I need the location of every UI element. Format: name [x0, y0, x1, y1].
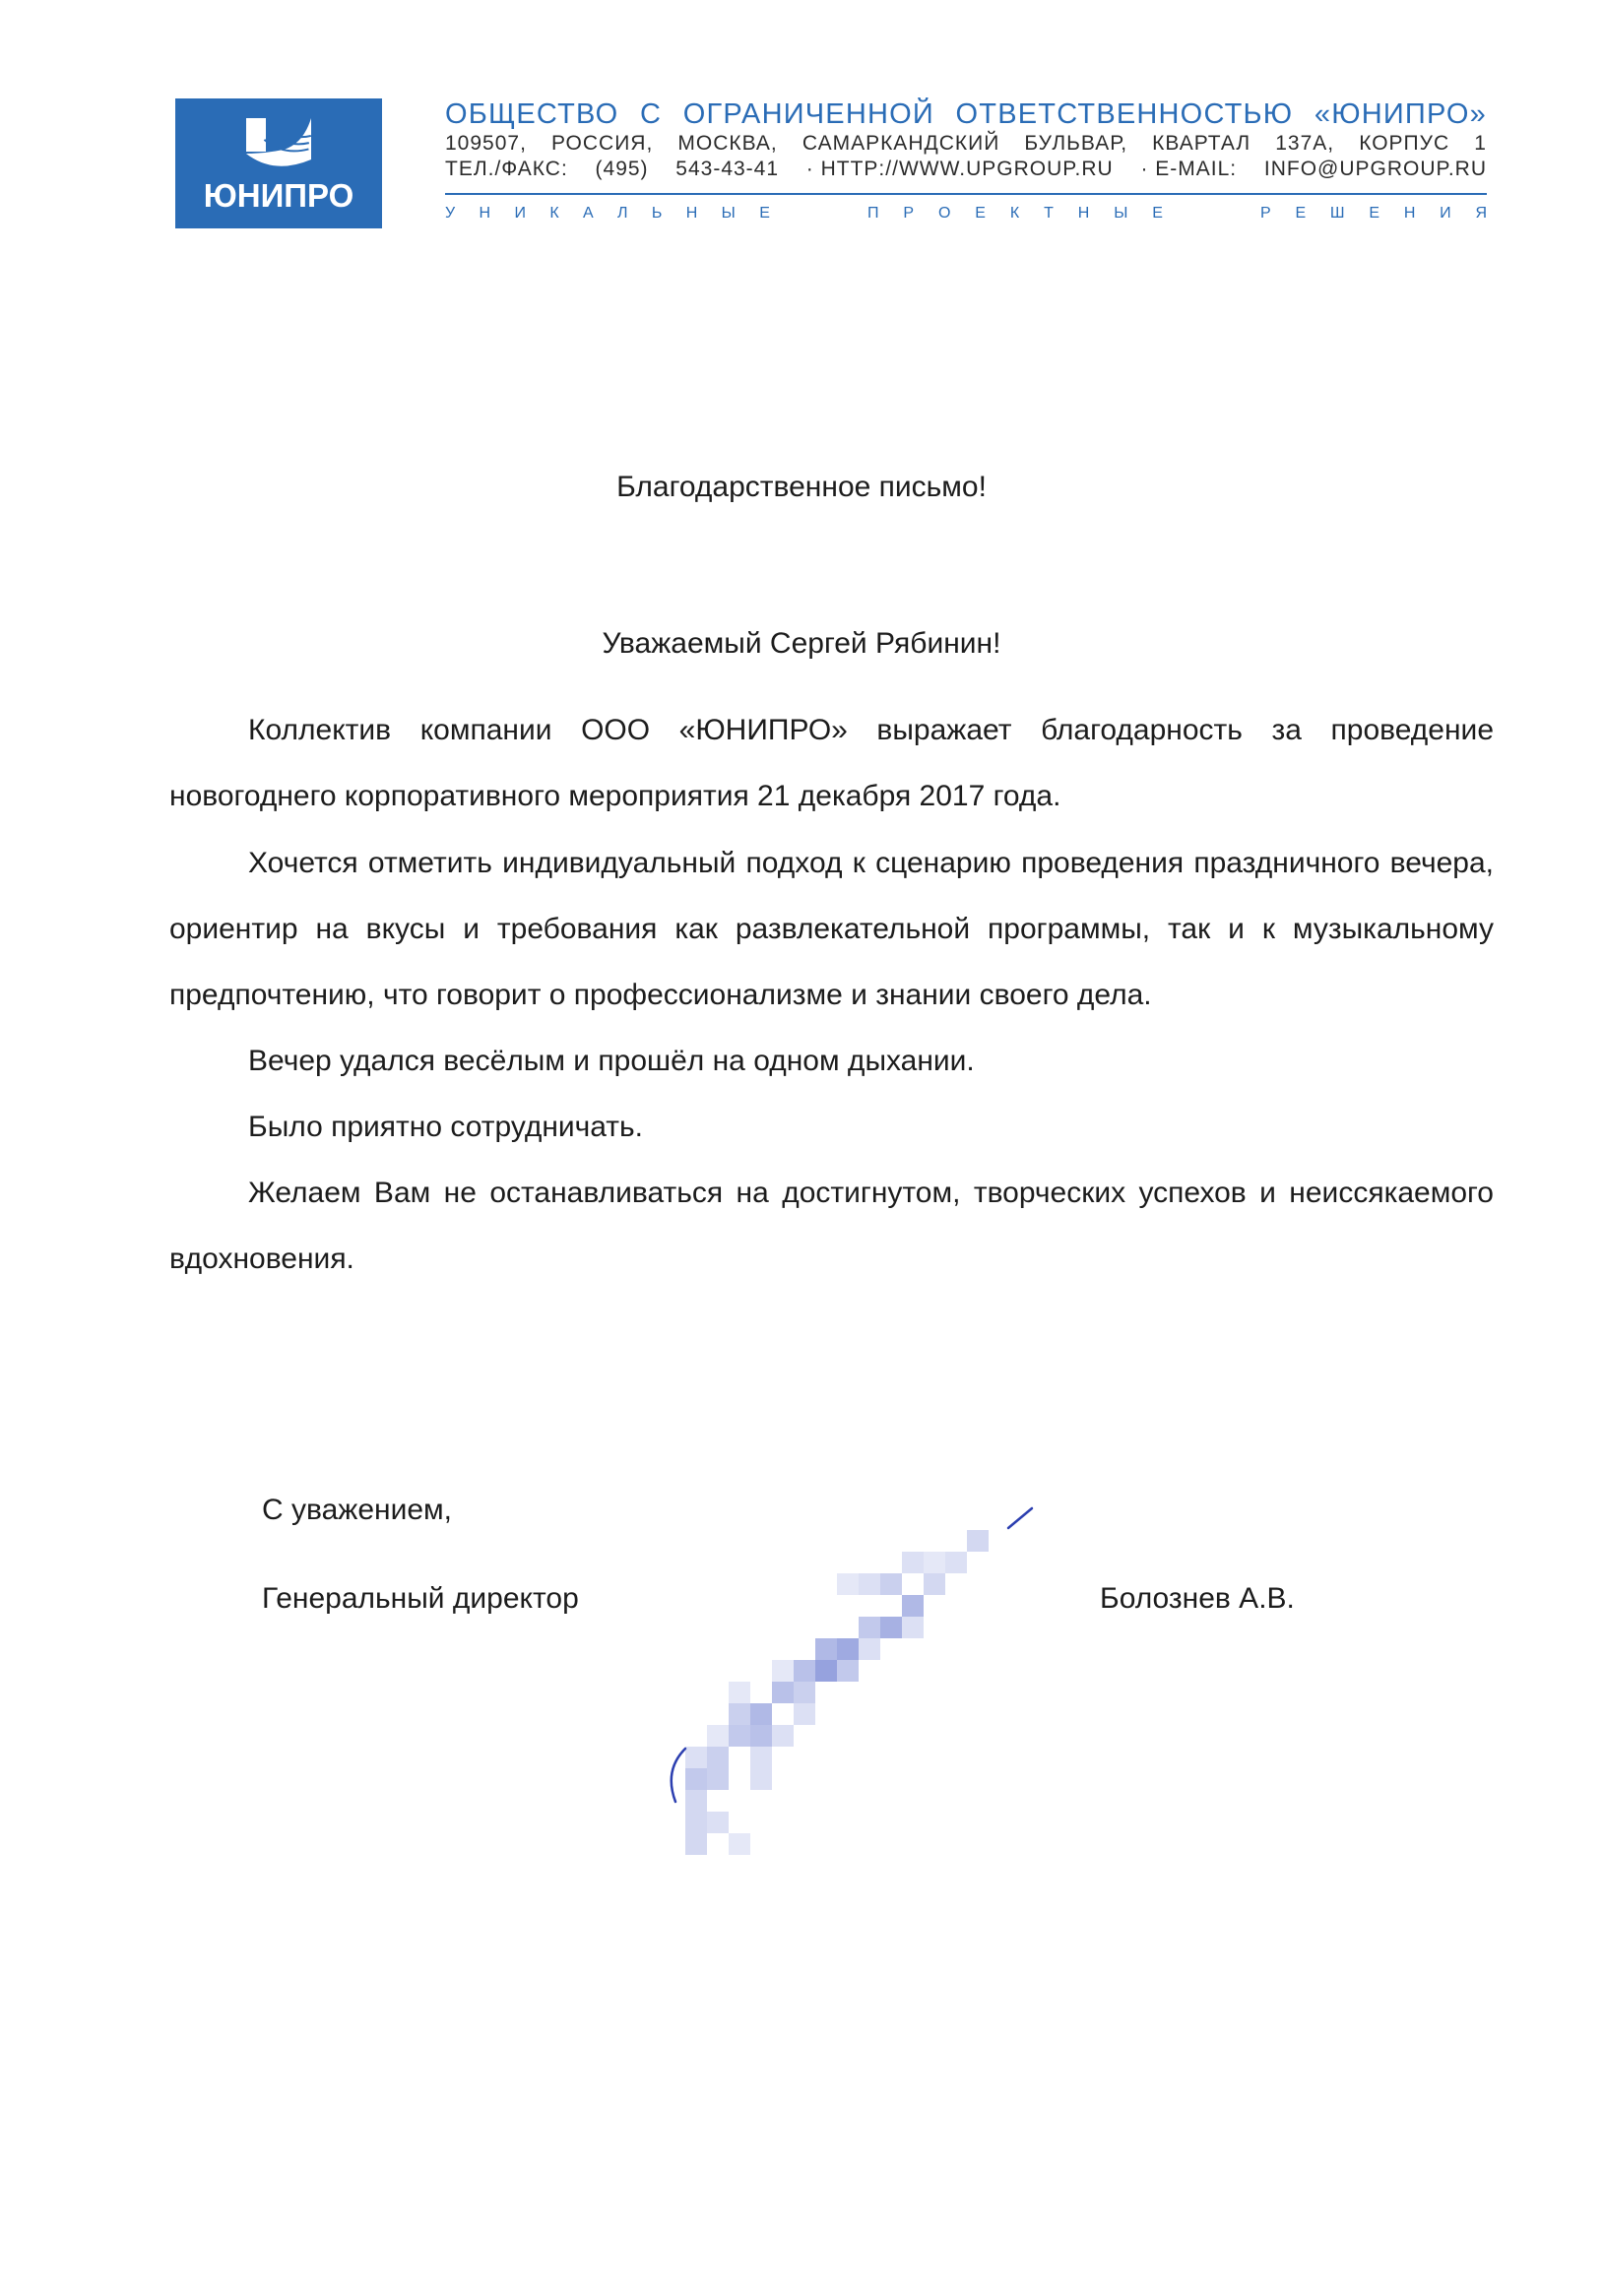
address-part: БУЛЬВАР, [1024, 132, 1127, 156]
company-contacts: ТЕЛ./ФАКС: (495) 543-43-41 · HTTP://WWW.… [445, 158, 1487, 181]
pixel-block [902, 1552, 924, 1573]
tagline-word: РЕШЕНИЯ [1260, 205, 1487, 223]
company-address: 109507, РОССИЯ, МОСКВА, САМАРКАНДСКИЙ БУ… [445, 132, 1487, 156]
logo-wordmark: ЮНИПРО [175, 177, 382, 215]
company-name-word: ОГРАНИЧЕННОЙ [683, 98, 934, 131]
pixel-block [837, 1573, 859, 1595]
pixel-block [794, 1660, 815, 1682]
company-name-word: С [640, 98, 662, 131]
paragraph: Желаем Вам не останавливаться на достигн… [169, 1160, 1494, 1292]
pixel-block [685, 1833, 707, 1855]
pixel-block [750, 1703, 772, 1725]
pixel-block [859, 1573, 880, 1595]
address-part: 109507, [445, 132, 527, 156]
address-part: МОСКВА, [677, 132, 777, 156]
pixel-block [707, 1768, 729, 1790]
letter-greeting: Уважаемый Сергей Рябинин! [0, 627, 1603, 661]
pixel-block [902, 1617, 924, 1638]
pixel-block [729, 1703, 750, 1725]
pixel-block [729, 1833, 750, 1855]
redacted-signature [650, 1477, 1063, 1851]
tagline-word: ПРОЕКТНЫЕ [867, 205, 1163, 223]
pixel-block [772, 1725, 794, 1747]
address-part: САМАРКАНДСКИЙ [802, 132, 999, 156]
tagline-word: УНИКАЛЬНЫЕ [445, 205, 770, 223]
address-part: 137А, [1275, 132, 1334, 156]
address-part: КОРПУС [1359, 132, 1449, 156]
address-part: КВАРТАЛ [1152, 132, 1250, 156]
company-logo: ЮНИПРО [175, 98, 382, 228]
pixel-block [707, 1747, 729, 1768]
pixel-block [815, 1638, 837, 1660]
website-link[interactable]: · HTTP://WWW.UPGROUP.RU [806, 158, 1114, 181]
pixel-block [837, 1638, 859, 1660]
pixel-block [707, 1812, 729, 1833]
pixel-block [902, 1595, 924, 1617]
pixel-block [794, 1682, 815, 1703]
pixel-block [880, 1573, 902, 1595]
email-link[interactable]: INFO@UPGROUP.RU [1264, 158, 1487, 181]
email-label: · E-MAIL: [1140, 158, 1237, 181]
signer-name: Болознев А.В. [1100, 1582, 1295, 1616]
pixel-block [750, 1768, 772, 1790]
company-name-word: ОТВЕТСТВЕННОСТЬЮ [956, 98, 1294, 131]
paragraph: Было приятно сотрудничать. [169, 1094, 1494, 1160]
pixel-block [924, 1573, 945, 1595]
pixel-block [729, 1682, 750, 1703]
paragraph: Коллектив компании ООО «ЮНИПРО» выражает… [169, 697, 1494, 829]
pixel-block [772, 1682, 794, 1703]
pixel-block [815, 1660, 837, 1682]
pixel-block [859, 1638, 880, 1660]
pixel-block [707, 1725, 729, 1747]
pixel-block [924, 1552, 945, 1573]
pixel-block [685, 1812, 707, 1833]
company-name: ОБЩЕСТВО С ОГРАНИЧЕННОЙ ОТВЕТСТВЕННОСТЬЮ… [445, 98, 1487, 131]
header-divider [445, 193, 1487, 195]
pixel-block [685, 1768, 707, 1790]
phone-label: ТЕЛ./ФАКС: [445, 158, 568, 181]
phone-number: 543-43-41 [675, 158, 779, 181]
pixel-block [772, 1660, 794, 1682]
pixel-block [750, 1725, 772, 1747]
signer-position: Генеральный директор [262, 1582, 579, 1616]
closing-phrase: С уважением, [262, 1494, 452, 1527]
address-part: РОССИЯ, [551, 132, 653, 156]
pixel-block [837, 1660, 859, 1682]
address-part: 1 [1474, 132, 1487, 156]
company-tagline: УНИКАЛЬНЫЕ ПРОЕКТНЫЕ РЕШЕНИЯ [445, 205, 1487, 223]
pixel-block [945, 1552, 967, 1573]
pixel-block [685, 1747, 707, 1768]
pixel-block [794, 1703, 815, 1725]
company-name-word: ОБЩЕСТВО [445, 98, 618, 131]
pixel-block [880, 1617, 902, 1638]
pixel-block [859, 1617, 880, 1638]
pixel-block [729, 1725, 750, 1747]
company-name-word: «ЮНИПРО» [1314, 98, 1487, 131]
pixel-block [750, 1747, 772, 1768]
pixel-block [967, 1530, 989, 1552]
phone-code: (495) [596, 158, 649, 181]
unipro-logo-icon [244, 114, 315, 175]
letter-title: Благодарственное письмо! [0, 471, 1603, 504]
paragraph: Хочется отметить индивидуальный подход к… [169, 830, 1494, 1028]
pixel-block [685, 1790, 707, 1812]
paragraph: Вечер удался весёлым и прошёл на одном д… [169, 1028, 1494, 1094]
